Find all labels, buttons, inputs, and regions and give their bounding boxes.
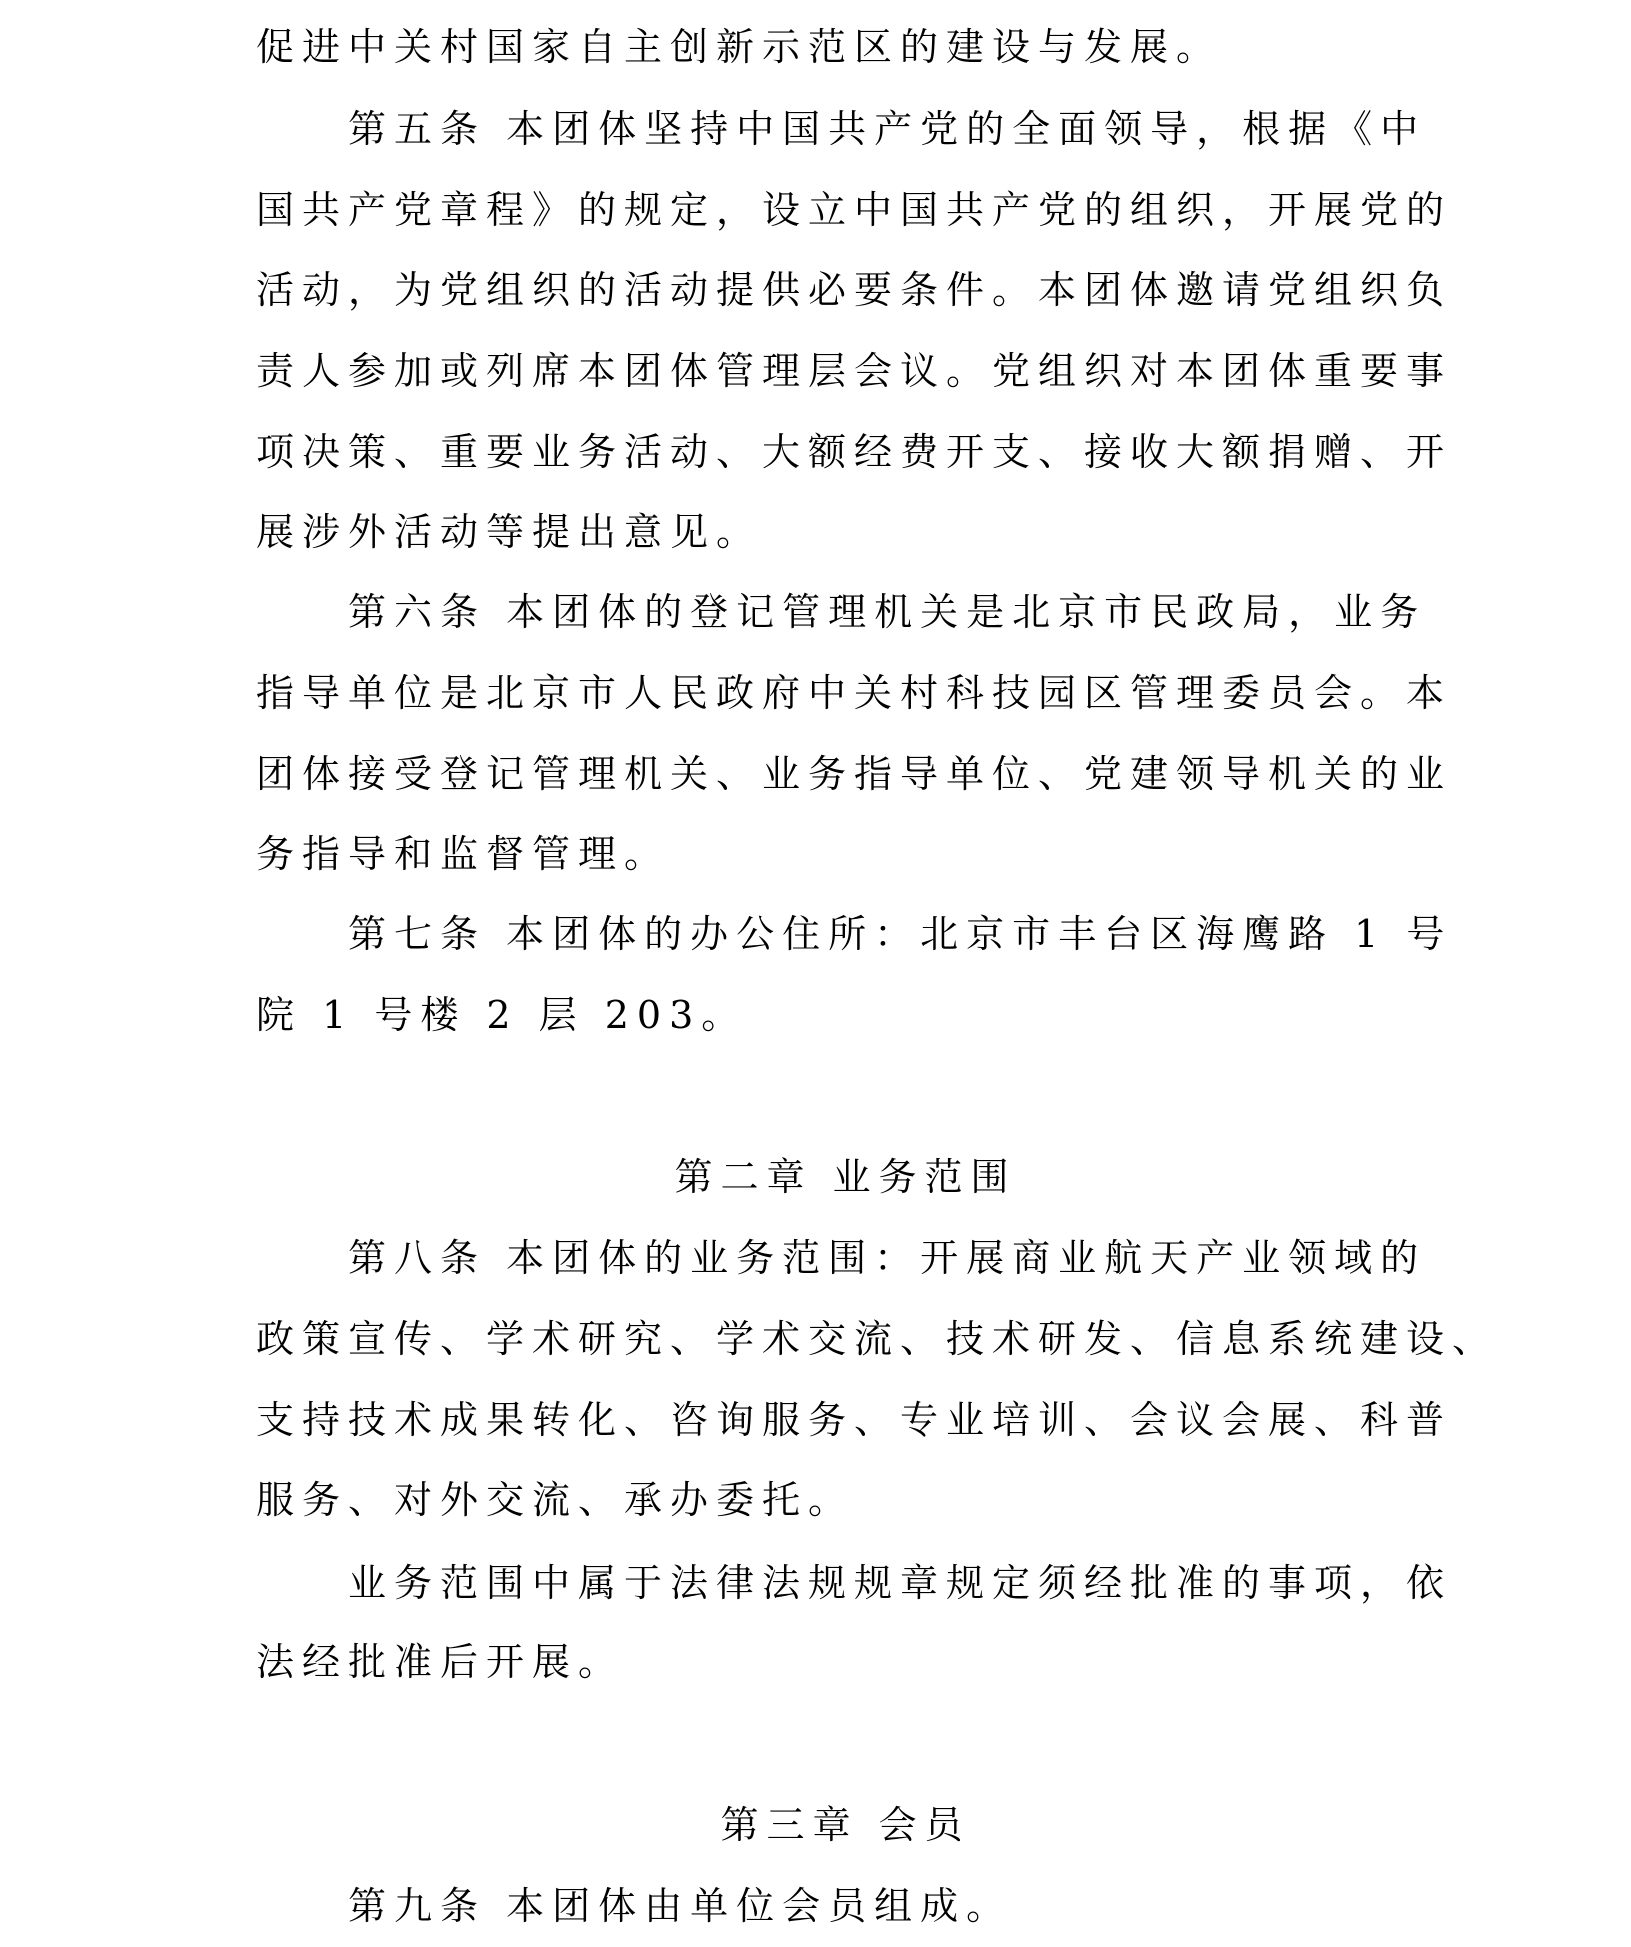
article-6-line-1: 第六条 本团体的登记管理机关是北京市民政局，业务: [348, 589, 1508, 635]
article-9-line-1: 第九条 本团体由单位会员组成。: [348, 1883, 1508, 1929]
scope-note-line-1: 业务范围中属于法律法规规章规定须经批准的事项，依: [348, 1560, 1508, 1606]
article-5-line-4: 责人参加或列席本团体管理层会议。党组织对本团体重要事: [256, 348, 1416, 394]
article-8-line-3: 支持技术成果转化、咨询服务、专业培训、会议会展、科普: [256, 1397, 1416, 1443]
text-line-1: 促进中关村国家自主创新示范区的建设与发展。: [256, 24, 1416, 70]
article-8-line-1: 第八条 本团体的业务范围：开展商业航天产业领域的: [348, 1235, 1508, 1281]
article-7-line-2: 院 1 号楼 2 层 203。: [256, 992, 1416, 1038]
article-5-line-3: 活动，为党组织的活动提供必要条件。本团体邀请党组织负: [256, 267, 1416, 313]
article-5-line-6: 展涉外活动等提出意见。: [256, 509, 1416, 555]
article-6-line-2: 指导单位是北京市人民政府中关村科技园区管理委员会。本: [256, 670, 1416, 716]
article-5-line-5: 项决策、重要业务活动、大额经费开支、接收大额捐赠、开: [256, 429, 1416, 475]
article-7-line-1: 第七条 本团体的办公住所：北京市丰台区海鹰路 1 号: [348, 911, 1508, 957]
article-5-line-2: 国共产党章程》的规定，设立中国共产党的组织，开展党的: [256, 187, 1416, 233]
chapter-3-heading: 第三章 会员: [0, 1802, 1631, 1848]
article-6-line-3: 团体接受登记管理机关、业务指导单位、党建领导机关的业: [256, 751, 1416, 797]
chapter-2-heading: 第二章 业务范围: [0, 1154, 1631, 1200]
article-5-line-1: 第五条 本团体坚持中国共产党的全面领导，根据《中: [348, 106, 1508, 152]
article-6-line-4: 务指导和监督管理。: [256, 831, 1416, 877]
article-8-line-4: 服务、对外交流、承办委托。: [256, 1477, 1416, 1523]
scope-note-line-2: 法经批准后开展。: [256, 1639, 1416, 1685]
article-8-line-2: 政策宣传、学术研究、学术交流、技术研发、信息系统建设、: [256, 1316, 1416, 1362]
